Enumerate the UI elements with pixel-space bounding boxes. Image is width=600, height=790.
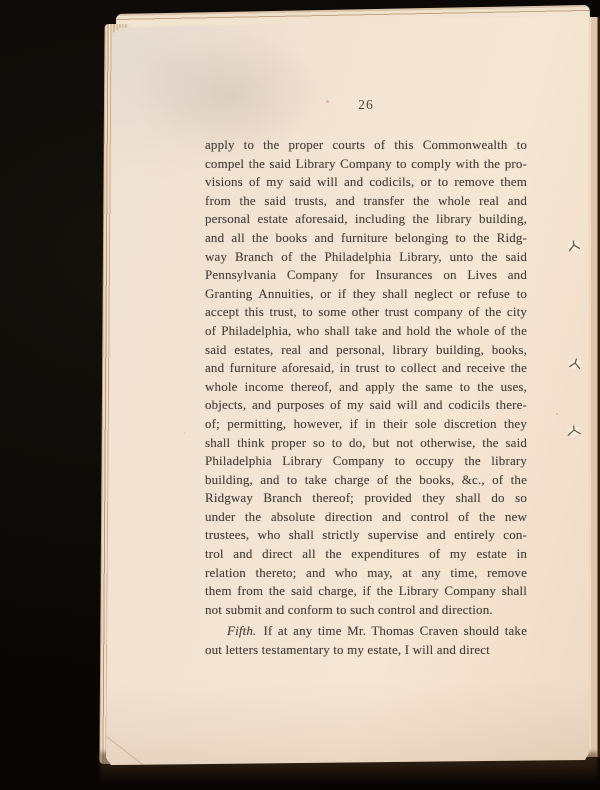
binding-stitch-icon [564, 355, 585, 373]
text-line: Pennsylvania Company for Insurances on L… [205, 266, 527, 285]
text-line: compel the said Library Company to compl… [205, 155, 527, 174]
text-line: apply to the proper courts of this Commo… [205, 136, 527, 155]
text-line: said estates, real and personal, library… [205, 341, 527, 360]
text-line: way Branch of the Philadelphia Library, … [205, 248, 527, 267]
paper-speck [514, 148, 516, 150]
text-line: them from the said charge, if the Librar… [205, 582, 527, 601]
paper-speck [556, 413, 558, 415]
text-line: Ridgway Branch thereof; provided they sh… [205, 489, 527, 508]
text-line: shall think proper so to do, but not oth… [205, 434, 527, 453]
text-line-rest: If at any time Mr. Thomas Craven should … [263, 623, 527, 638]
text-line: of Philadelphia, who shall take and hold… [205, 322, 527, 341]
text-line: Granting Annuities, or if they shall neg… [205, 285, 527, 304]
text-line: and furniture aforesaid, in trust to col… [205, 359, 527, 378]
stitch-thread-icon [567, 357, 584, 370]
binding-stitch-icon [563, 237, 585, 256]
text-line: out letters testamentary to my estate, I… [205, 641, 527, 660]
text-line: Fifth.If at any time Mr. Thomas Craven s… [205, 622, 527, 641]
text-line: Philadelphia Library Company to occupy t… [205, 452, 527, 471]
text-line: relation thereto; and who may, at any ti… [205, 564, 527, 583]
text-line: trol and direct all the expenditures of … [205, 545, 527, 564]
binding-stitch-icon [564, 422, 585, 439]
text-line: personal estate aforesaid, including the… [205, 210, 527, 229]
text-line: of; permitting, however, if in their sol… [205, 415, 527, 434]
paragraph-continued: apply to the proper courts of this Commo… [205, 136, 527, 619]
paper-speck [184, 432, 186, 434]
text-line: building, and to take charge of the book… [205, 471, 527, 490]
text-line: whole income thereof, and apply the same… [205, 378, 527, 397]
text-line: objects, and purposes of my said will an… [205, 396, 527, 415]
scanned-book-photo: 26 apply to the proper courts of this Co… [0, 0, 600, 790]
text-line: from the said trusts, and transfer the w… [205, 192, 527, 211]
text-line: trustees, who shall strictly supervise a… [205, 526, 527, 545]
clause-label-fifth: Fifth. [227, 623, 256, 638]
text-line: and all the books and furniture belongin… [205, 229, 527, 248]
page-number: 26 [205, 97, 527, 113]
text-line: accept this trust, to some other trust c… [205, 303, 527, 322]
stitch-thread-icon [565, 239, 583, 253]
book-page: 26 apply to the proper courts of this Co… [0, 0, 600, 790]
text-line: under the absolute direction and control… [205, 508, 527, 527]
text-line: visions of my said will and codicils, or… [205, 173, 527, 192]
page-text: apply to the proper courts of this Commo… [205, 136, 527, 660]
text-line: not submit and conform to such control a… [205, 601, 527, 620]
paragraph-fifth: Fifth.If at any time Mr. Thomas Craven s… [205, 622, 527, 659]
stitch-thread-icon [566, 425, 583, 438]
paper-speck [326, 100, 329, 103]
